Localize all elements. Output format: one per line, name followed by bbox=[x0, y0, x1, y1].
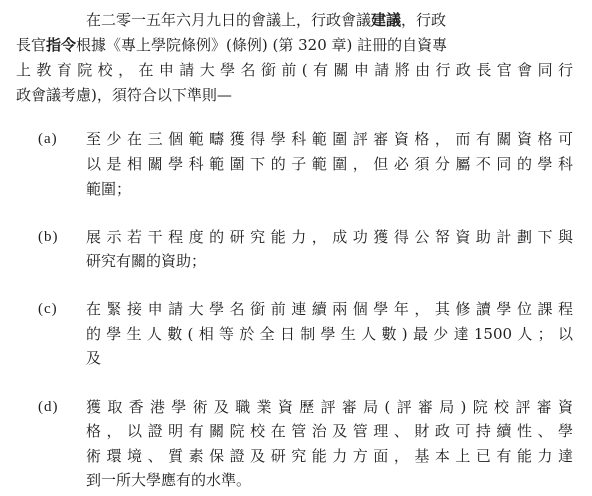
criterion-line: 獲取香港學術及職業資歷評審局(評審局)院校評審資 bbox=[86, 397, 573, 417]
bold-term-recommend: 建議 bbox=[371, 11, 401, 29]
criterion-label: (c) bbox=[38, 299, 58, 319]
criterion-line: 至少在三個範疇獲得學科範圍評審資格，而有關資格可 bbox=[86, 129, 573, 149]
intro-text: ，行政 bbox=[401, 11, 446, 29]
document-page: 在二零一五年六月九日的會議上，行政會議建議，行政 長官指令根據《專上學院條例》(… bbox=[0, 0, 592, 496]
criterion-line: 到一所大學應有的水準。 bbox=[86, 470, 573, 490]
criterion-line: 術環境、質素保證及研究能力方面，基本上已有能力達 bbox=[86, 446, 573, 466]
criterion-label: (a) bbox=[38, 129, 58, 149]
criterion-line: 格，以證明有關院校在管治及管理、財政可持續性、學 bbox=[86, 421, 573, 441]
criterion-line: 及 bbox=[86, 348, 573, 368]
criterion-line: 在緊接申請大學名銜前連續兩個學年，其修讀學位課程 bbox=[86, 299, 573, 319]
criterion-line: 以是相關學科範圍下的子範圍，但必須分屬不同的學科 bbox=[86, 154, 573, 174]
intro-line-4: 政會議考慮)，須符合以下準則— bbox=[16, 85, 573, 105]
intro-line-1: 在二零一五年六月九日的會議上，行政會議建議，行政 bbox=[86, 10, 573, 30]
criterion-label: (b) bbox=[38, 227, 59, 247]
criterion-line: 的學生人數(相等於全日制學生人數)最少達1500人；以 bbox=[86, 324, 573, 344]
criterion-line: 範圍； bbox=[86, 179, 573, 199]
intro-text: 在二零一五年六月九日的會議上，行政會議 bbox=[86, 11, 371, 29]
criterion-line: 展示若干程度的研究能力，成功獲得公帑資助計劃下與 bbox=[86, 227, 573, 247]
criterion-line: 研究有關的資助； bbox=[86, 251, 573, 271]
intro-line-2: 長官指令根據《專上學院條例》(條例) (第 320 章) 註冊的自資專 bbox=[16, 35, 573, 55]
criterion-label: (d) bbox=[38, 397, 59, 417]
intro-text: 根據《專上學院條例》(條例) (第 320 章) 註冊的自資專 bbox=[76, 36, 447, 54]
intro-line-3: 上教育院校，在申請大學名銜前(有關申請將由行政長官會同行 bbox=[16, 60, 573, 80]
bold-term-order: 指令 bbox=[46, 36, 76, 54]
intro-text: 長官 bbox=[16, 36, 46, 54]
